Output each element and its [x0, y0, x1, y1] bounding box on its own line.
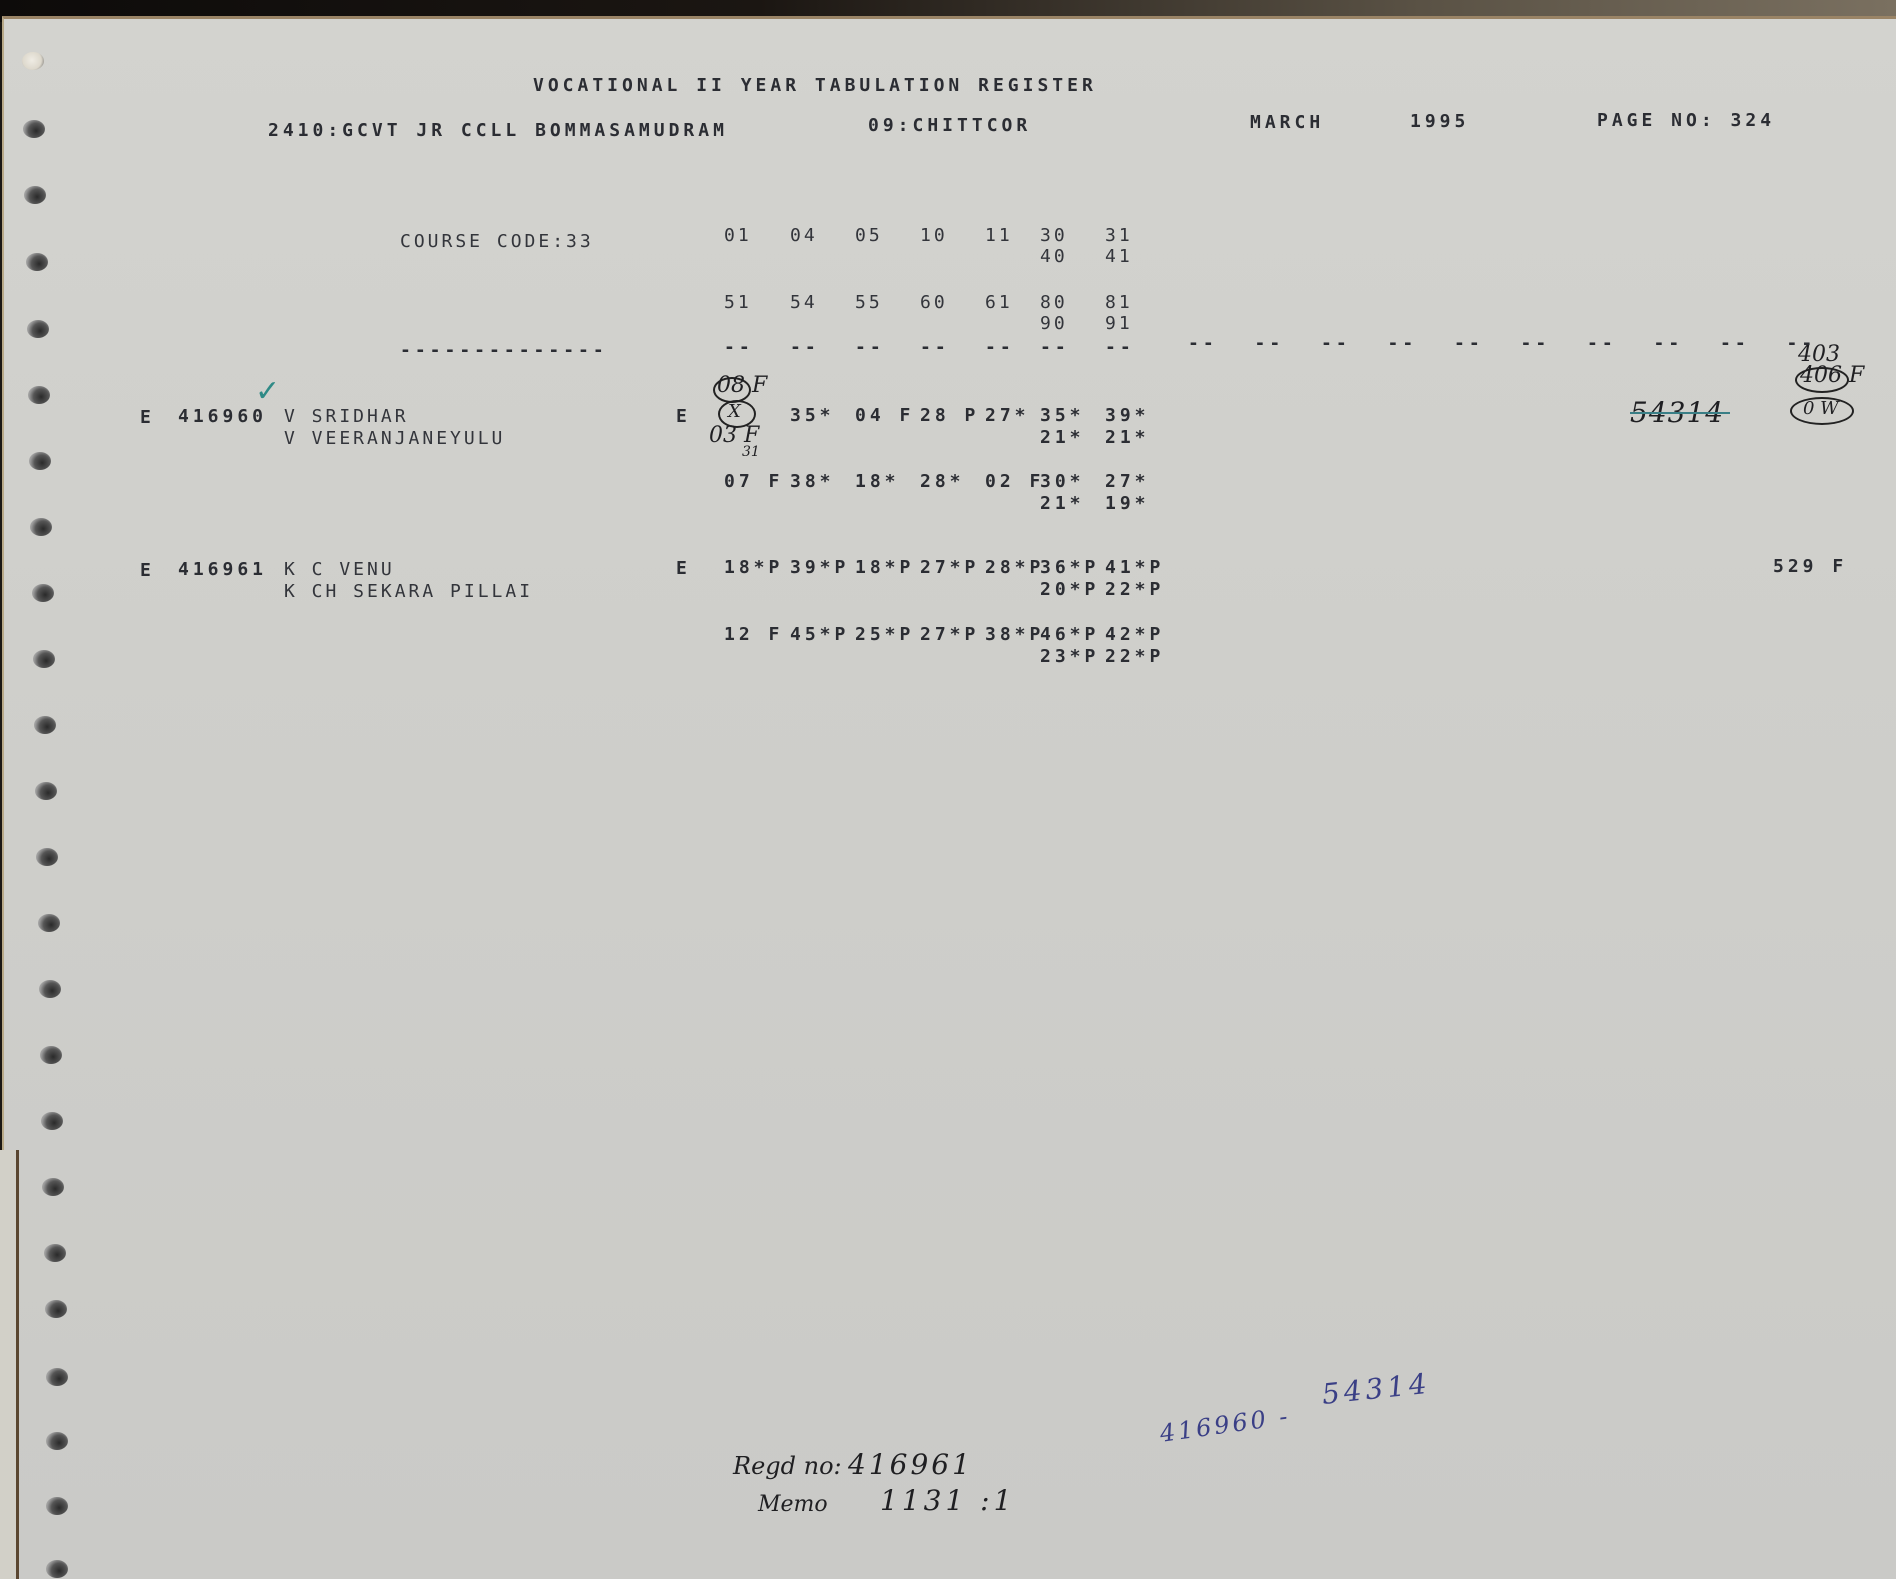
hand-right-3: 0 W: [1803, 398, 1839, 419]
subject-code: 40: [1040, 246, 1068, 267]
subject-code: 90: [1040, 313, 1068, 334]
mark-cell: 42*P: [1105, 624, 1164, 645]
mark-cell: 21*: [1040, 427, 1085, 448]
binder-hole: [34, 716, 56, 734]
mark-cell: 41*P: [1105, 557, 1164, 578]
subject-code: 81: [1105, 292, 1133, 313]
exam-year: 1995: [1410, 111, 1469, 132]
subject-code: 55: [855, 292, 883, 313]
mark-cell: 21*: [1105, 427, 1150, 448]
subject-code: 30: [1040, 225, 1068, 246]
mark-cell: 38*P: [985, 624, 1044, 645]
mark-cell: 45*P: [790, 624, 849, 645]
mark-cell: 18*: [855, 471, 900, 492]
mark-cell: 28 P: [920, 405, 979, 426]
mark-cell: 25*P: [855, 624, 914, 645]
mark-cell: 39*: [1105, 405, 1150, 426]
mark-cell: 35*: [790, 405, 835, 426]
column-dash: --: [1521, 333, 1551, 354]
binder-hole: [46, 1497, 68, 1515]
mark-cell: 35*: [1040, 405, 1085, 426]
binder-hole: [32, 584, 54, 602]
mark-cell: 18*P: [855, 557, 914, 578]
column-dash: --: [1105, 337, 1135, 358]
binder-hole: [39, 980, 61, 998]
column-dash: --: [1787, 333, 1817, 354]
column-dash: --: [855, 337, 885, 358]
column-dash: --: [920, 337, 950, 358]
mark-cell: 27*P: [920, 557, 979, 578]
page-number: PAGE NO: 324: [1597, 110, 1775, 131]
mark-cell: 22*P: [1105, 579, 1164, 600]
mark-cell: 39*P: [790, 557, 849, 578]
mark-cell: 23*P: [1040, 646, 1099, 667]
exam-month: MARCH: [1250, 112, 1324, 133]
binder-hole: [40, 1046, 62, 1064]
column-dash: --: [1720, 333, 1750, 354]
regd-label: Regd no:: [733, 1452, 842, 1480]
column-dash: --: [1654, 333, 1684, 354]
medium: E: [140, 407, 155, 428]
register-title: VOCATIONAL II YEAR TABULATION REGISTER: [533, 75, 1097, 96]
subject-code: 60: [920, 292, 948, 313]
mark-cell: 27*: [1105, 471, 1150, 492]
subject-code: 31: [1105, 225, 1133, 246]
check-mark-icon: ✓: [255, 374, 280, 409]
language-medium: E: [676, 558, 691, 579]
mark-cell: 22*P: [1105, 646, 1164, 667]
column-dash: --: [1188, 333, 1218, 354]
left-separator: --------------: [400, 340, 608, 361]
mark-cell: 27*: [985, 405, 1030, 426]
binder-hole: [46, 1560, 68, 1578]
binder-hole: [44, 1244, 66, 1262]
mark-cell: 18*P: [724, 557, 783, 578]
mark-cell: 46*P: [1040, 624, 1099, 645]
regd-value: 416961: [848, 1448, 973, 1481]
mark-cell: 36*P: [1040, 557, 1099, 578]
binder-hole: [22, 52, 44, 70]
mark-cell: 28*P: [985, 557, 1044, 578]
binder-hole: [46, 1432, 68, 1450]
father-name: K CH SEKARA PILLAI: [284, 581, 533, 602]
column-dash: --: [724, 337, 754, 358]
subject-code: 10: [920, 225, 948, 246]
tabulation-sheet: [2, 16, 1896, 1579]
subject-code: 05: [855, 225, 883, 246]
column-dash: --: [1321, 333, 1351, 354]
subject-code: 04: [790, 225, 818, 246]
subject-code: 41: [1105, 246, 1133, 267]
reg-no: 416961: [178, 559, 267, 580]
binder-hole: [33, 650, 55, 668]
binder-hole: [28, 386, 50, 404]
hand-x-mark: X: [728, 401, 741, 422]
mark-cell: 30*: [1040, 471, 1085, 492]
column-dash: --: [985, 337, 1015, 358]
column-dash: --: [790, 337, 820, 358]
memo-value: 1131 :1: [880, 1484, 1015, 1517]
reg-no: 416960: [178, 406, 267, 427]
subject-code: 11: [985, 225, 1013, 246]
column-dash: --: [1454, 333, 1484, 354]
subject-code: 54: [790, 292, 818, 313]
binder-strip: [0, 1150, 19, 1579]
binder-hole: [26, 253, 48, 271]
mark-cell: 19*: [1105, 493, 1150, 514]
column-dash: --: [1255, 333, 1285, 354]
mark-cell: 07 F: [724, 471, 783, 492]
column-dash: --: [1587, 333, 1617, 354]
district: 09:CHITTCOR: [868, 115, 1031, 136]
subject-code: 80: [1040, 292, 1068, 313]
binder-hole: [46, 1368, 68, 1386]
result-total: 529 F: [1773, 556, 1847, 577]
binder-hole: [27, 320, 49, 338]
language-medium: E: [676, 406, 691, 427]
mark-cell: 21*: [1040, 493, 1085, 514]
mark-cell: 02 F: [985, 471, 1044, 492]
mark-cell: 28*: [920, 471, 965, 492]
mark-cell: 04 F: [855, 405, 914, 426]
mark-cell: 20*P: [1040, 579, 1099, 600]
hand-circled-mark: 08 F: [717, 373, 767, 398]
hand-right-2: 406 F: [1800, 363, 1864, 388]
medium: E: [140, 560, 155, 581]
memo-label: Memo: [758, 1492, 828, 1517]
college-name: 2410:GCVT JR CCLL BOMMASAMUDRAM: [268, 120, 728, 141]
subject-code: 51: [724, 292, 752, 313]
hand-below2-mark: 31: [742, 444, 760, 460]
mark-cell: 38*: [790, 471, 835, 492]
binder-hole: [38, 914, 60, 932]
father-name: V VEERANJANEYULU: [284, 428, 505, 449]
student-name: V SRIDHAR: [284, 406, 409, 427]
mark-cell: 12 F: [724, 624, 783, 645]
subject-code: 91: [1105, 313, 1133, 334]
strike-line: [1630, 412, 1730, 414]
subject-code: 01: [724, 225, 752, 246]
subject-code: 61: [985, 292, 1013, 313]
binder-hole: [45, 1300, 67, 1318]
course-code: COURSE CODE:33: [400, 231, 594, 252]
mark-cell: 27*P: [920, 624, 979, 645]
column-dash: --: [1040, 337, 1070, 358]
column-dash: --: [1388, 333, 1418, 354]
student-name: K C VENU: [284, 559, 395, 580]
